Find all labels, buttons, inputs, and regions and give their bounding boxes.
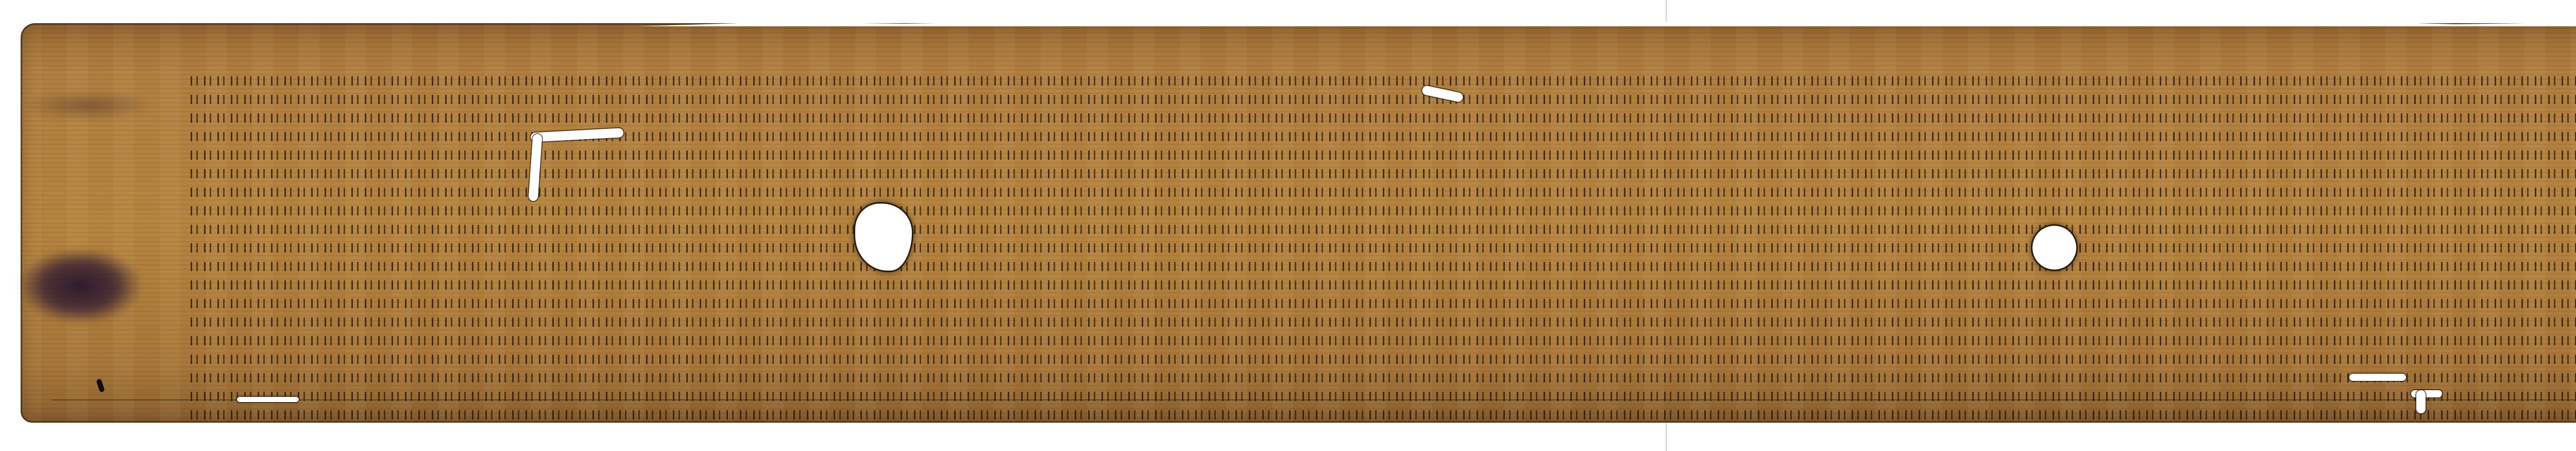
leaf-damaged-top-edge xyxy=(639,16,2576,26)
text-line xyxy=(191,146,2576,163)
text-line xyxy=(191,72,2576,89)
leaf-damage xyxy=(237,397,299,402)
ink-smudge xyxy=(21,250,139,322)
leaf-ruled-line xyxy=(52,399,2576,400)
leaf-damage xyxy=(2416,390,2426,413)
text-line xyxy=(191,295,2576,311)
left-margin-mark xyxy=(96,378,105,393)
text-line xyxy=(191,221,2576,237)
leaf-damage xyxy=(2411,390,2442,397)
text-line xyxy=(191,202,2576,219)
text-line xyxy=(191,239,2576,256)
text-line xyxy=(191,350,2576,367)
main-text-block xyxy=(191,72,2576,423)
text-line xyxy=(191,406,2576,423)
text-line xyxy=(191,183,2576,200)
text-line xyxy=(191,369,2576,386)
text-line xyxy=(191,165,2576,181)
binding-hole-right xyxy=(2032,226,2076,270)
text-line xyxy=(191,388,2576,404)
text-line xyxy=(191,258,2576,274)
ink-stain xyxy=(21,90,155,121)
text-line xyxy=(191,109,2576,126)
palm-leaf: 464 xyxy=(21,23,2576,423)
text-line xyxy=(191,313,2576,330)
text-line xyxy=(191,91,2576,107)
text-line xyxy=(191,332,2576,348)
text-line xyxy=(191,276,2576,293)
leaf-damage xyxy=(2349,374,2406,381)
